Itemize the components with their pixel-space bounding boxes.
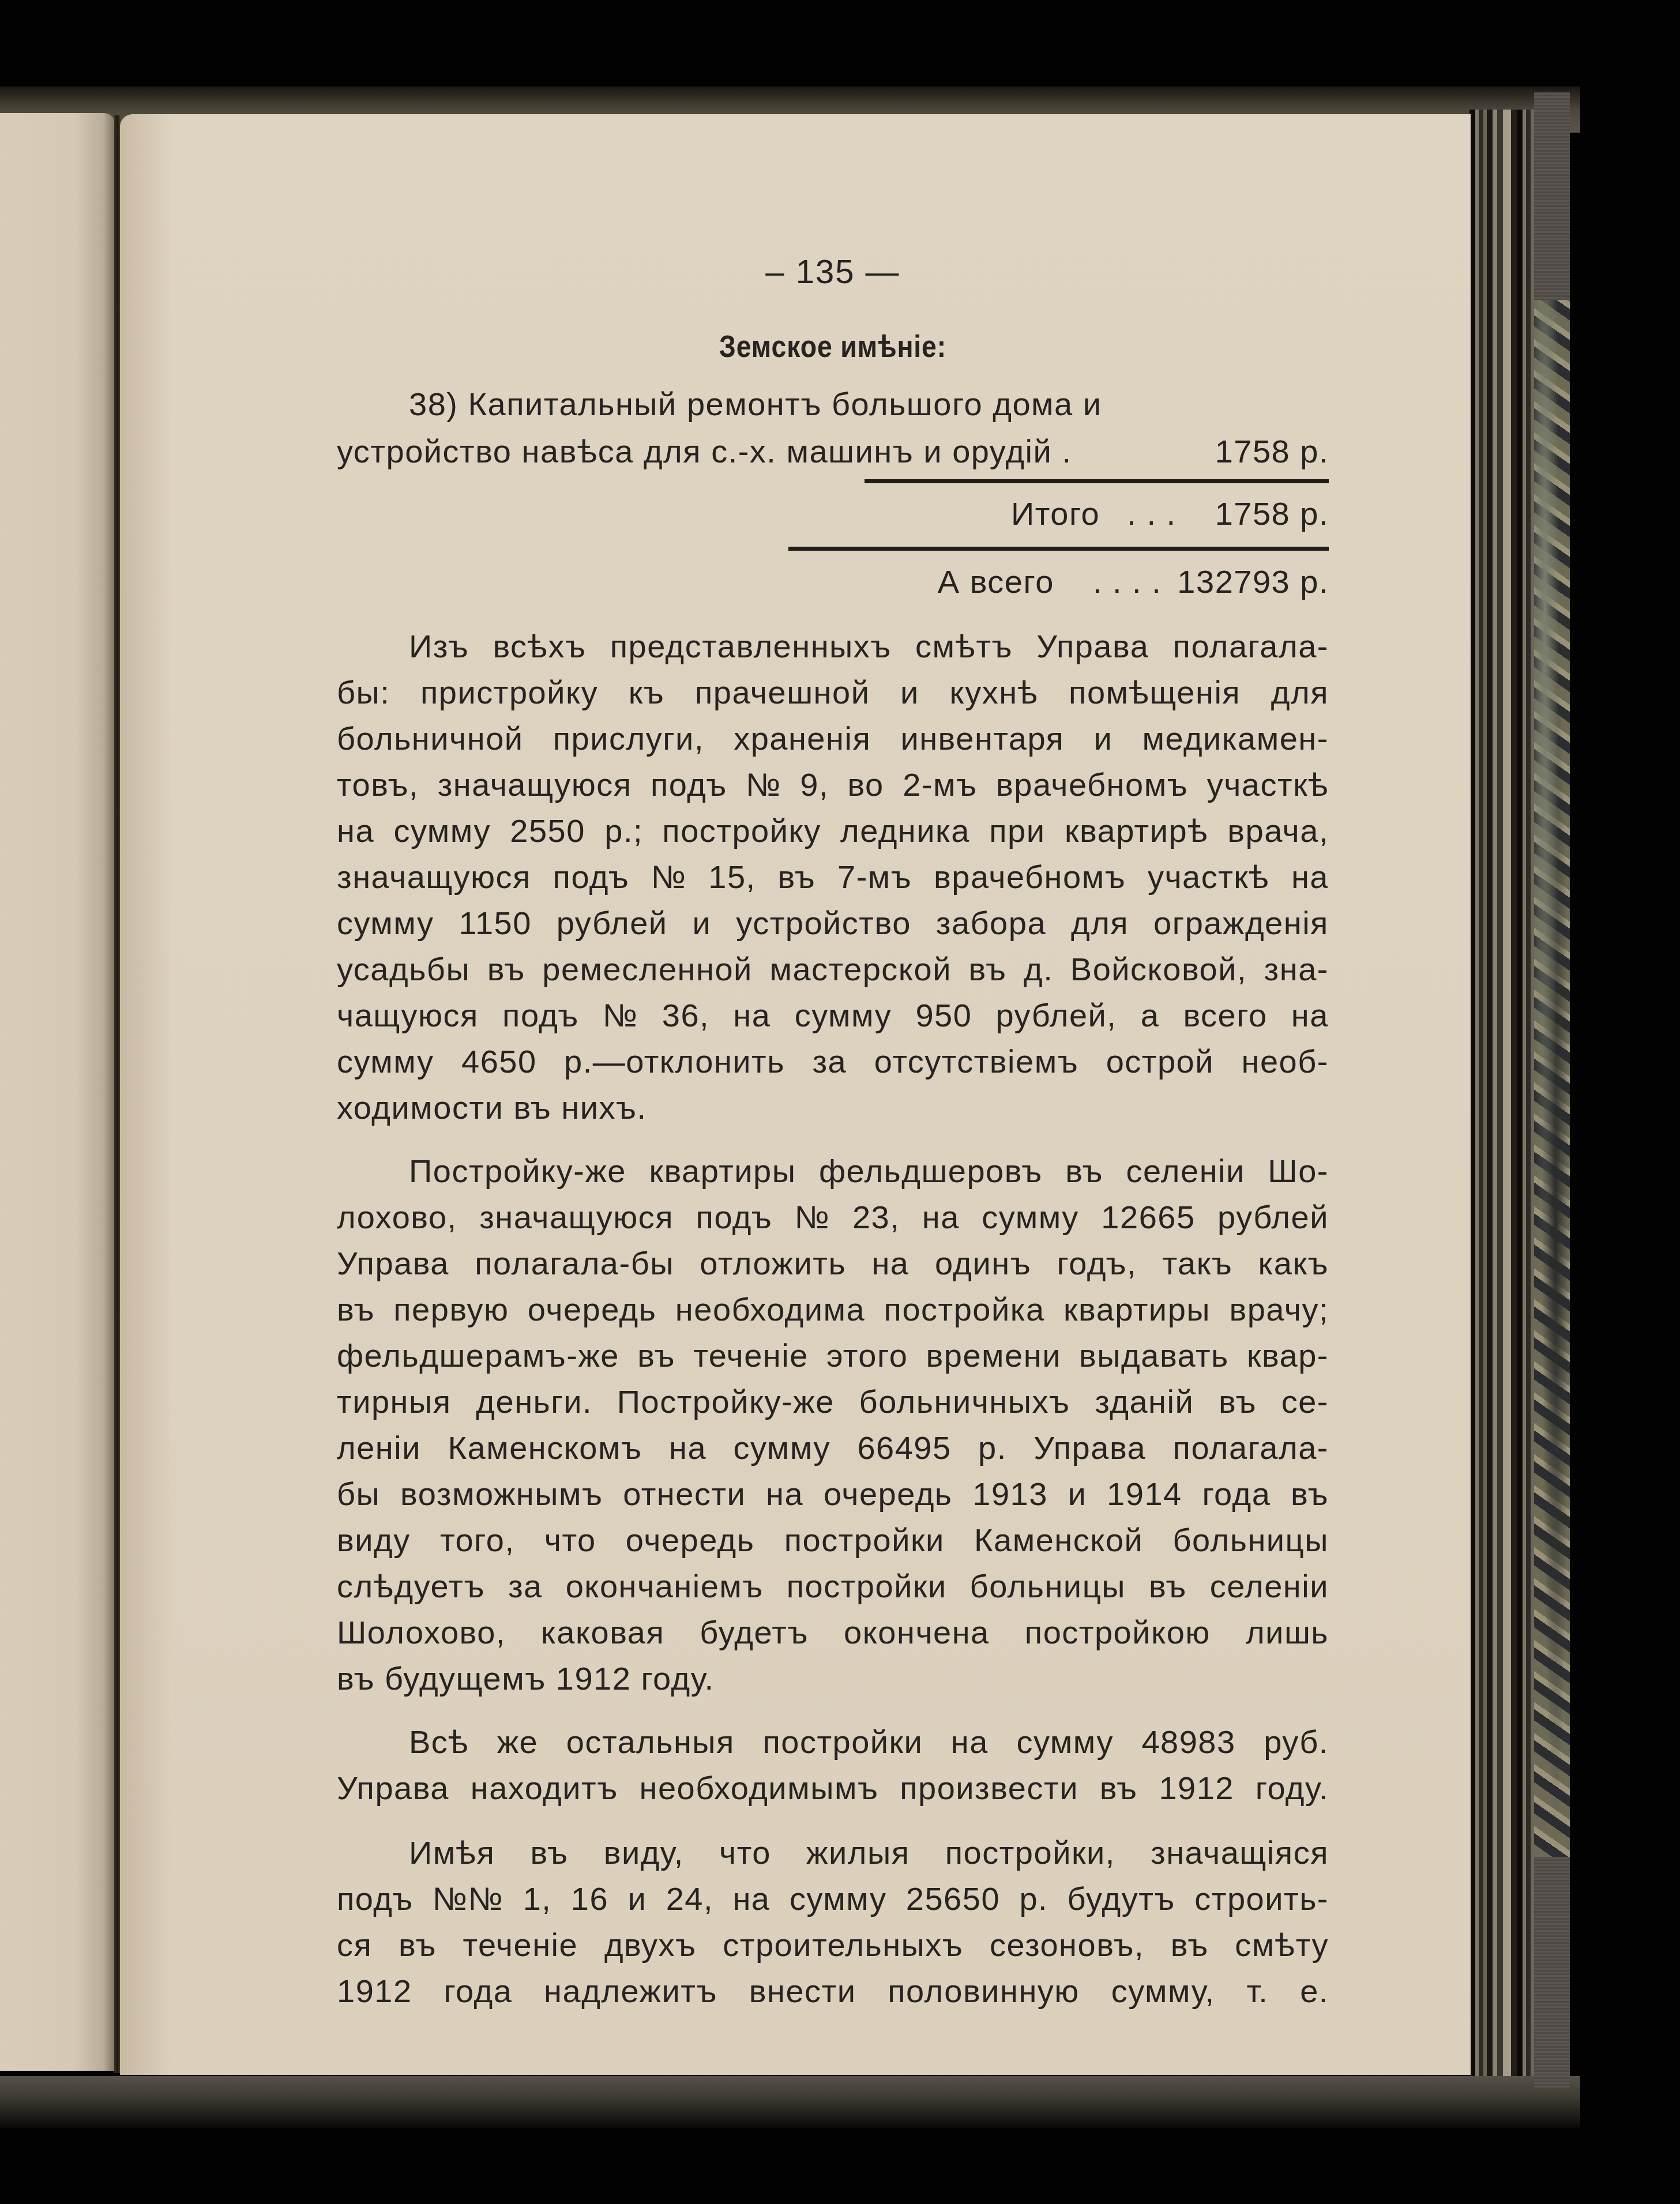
word: Управа [1036,627,1149,665]
word: сумму [795,996,892,1034]
word: и [1068,1475,1087,1513]
word: врачу; [1229,1291,1329,1328]
word: надлежитъ [544,1972,717,2010]
word: внести [749,1972,856,2010]
word: года [444,1972,512,2010]
paragraph-4-line: Имѣявъвиду,чтожилыяпостройки,значащіяся [337,1834,1329,1871]
word: и [1094,720,1113,757]
word: въ [777,858,815,896]
word: въ [1149,1567,1187,1605]
word: 16 [571,1880,608,1917]
word: въ [399,1926,437,1964]
item-38-line-2: устройство навѣса для с.-х. машинъ и ору… [337,432,1329,470]
word: 9, [800,766,829,803]
paragraph-1-line: насумму2550р.;постройкуледникаприквартир… [337,812,1329,849]
paragraph-2-line: лохово,значащуюсяподъ№23,насумму12665руб… [337,1198,1329,1236]
left-page [0,113,115,2071]
word: Изъ [409,627,469,665]
paragraph-1-line: чащуюсяподъ№36,насумму950рублей,авсегона [337,996,1329,1034]
word: въ [1219,1383,1257,1420]
word: жилыя [806,1834,910,1871]
word: ремесленной [542,950,753,988]
word: врача, [1227,812,1329,849]
word: деньги. [476,1383,592,1420]
word: подъ [651,766,727,803]
word: устройство [736,904,911,942]
word: зна- [1264,950,1329,988]
word: рублей [1217,1198,1329,1236]
word: 1913 [972,1475,1048,1513]
word: № [651,858,687,896]
grand-total-leader: . . . . [1093,563,1162,600]
word: фельдшеровъ [819,1152,1043,1190]
word: въ [337,1291,375,1328]
word: рублей [557,904,668,942]
word: 48983 [1141,1723,1235,1761]
word: постройки, [945,1834,1115,1871]
word: квар- [1247,1337,1329,1374]
word: году. [1256,1769,1329,1807]
word: возможнымъ [400,1475,603,1513]
word: 15, [708,858,756,896]
word: теченіе [463,1926,578,1964]
word: для [1271,674,1329,711]
word: и [693,904,712,942]
word: 12665 [1101,1198,1195,1236]
word: на [1291,858,1329,896]
word: Постройку-же [617,1383,835,1420]
word: Всѣ [409,1723,469,1761]
paragraph-1-line: значащуюсяподъ№15,въ7-мъврачебномъучастк… [337,858,1329,896]
word: фельдшерамъ-же [337,1337,619,1374]
word: сумму [982,1198,1079,1236]
word: и [900,674,919,711]
paragraph-4-line: подъ№№1,16и24,насумму25650р.будутъстроит… [337,1880,1329,1917]
word: смѣту [1235,1926,1329,1964]
word: въ [487,950,525,988]
word: въ [1171,1926,1209,1964]
word: каковая [541,1613,664,1651]
word: что [544,1521,596,1559]
word: того, [440,1521,515,1559]
word: т. [1246,1972,1268,2010]
word: на [337,812,374,849]
word: 23, [852,1198,900,1236]
paragraph-3-line: Всѣжеостальныяпостройкинасумму48983руб. [337,1723,1329,1761]
word: полагала- [1173,1429,1329,1466]
word: необходима [675,1291,865,1328]
word: № [746,766,781,803]
word: сумму [337,904,434,942]
paragraph-1-line: товъ,значащуюсяподъ№9,во2-мъврачебномъуч… [337,766,1329,803]
paragraph-4-line: сявътеченіедвухъстроительныхъсезоновъ,въ… [337,1926,1329,1964]
word: 2550 [510,812,585,849]
word: подъ [553,858,630,896]
word: мастерской [769,950,952,988]
word: 1912 [1159,1769,1234,1807]
word: больницы [970,1567,1126,1605]
word: селеніи [1126,1152,1245,1190]
right-page: – 135 — Земское имѣніе: 38) Капитальный … [120,114,1471,2075]
word: половинную [888,1972,1080,2010]
word: въ [531,1834,569,1871]
word: на [951,1723,989,1761]
word: въ [637,1337,675,1374]
word: подъ [696,1198,773,1236]
word: очередь [824,1475,953,1513]
paragraph-2-line: Управаполагала-быотложитьнаодинъгодъ,так… [337,1244,1329,1282]
word: бы: [337,674,390,711]
word: очередь [528,1291,657,1328]
word: теченіе [693,1337,809,1374]
word: квартирѣ [1065,812,1208,849]
paragraph-1-line: сумму4650р.—отклонитьзаотсутствіемъостро… [337,1043,1329,1080]
word: значащуюся [337,858,531,896]
word: на [766,1475,803,1513]
word: больницы [1173,1521,1329,1559]
paragraph-1-line: бы:пристройкукъпрачешнойикухнѣпомѣщеніяд… [337,674,1329,711]
word: значащіяся [1151,1834,1329,1871]
word: леніи [337,1429,421,1466]
word: сумму [1016,1723,1114,1761]
grand-total-label: А всего [938,563,1054,600]
word: 4650 [461,1043,537,1080]
word: д. [1024,950,1053,988]
subtotal-row: Итого . . . 1758 р. [1011,495,1329,532]
word: зданій [1095,1383,1194,1420]
word: 36, [662,996,709,1034]
word: 25650 [906,1880,1000,1917]
word: находитъ [471,1769,618,1807]
word: тирныя [337,1383,452,1420]
paragraph-2-line: слѣдуетъзаокончаніемъпостройкибольницывъ… [337,1567,1329,1605]
paragraph-2-line: бывозможнымъотнестинаочередь1913и1914год… [337,1475,1329,1513]
word: въ [1065,1152,1103,1190]
word: въ [969,950,1007,988]
word: за [508,1567,543,1605]
word: какъ [1258,1244,1329,1282]
section-title: Земское имѣніе: [406,329,1259,364]
word: въ [1100,1769,1138,1807]
word: сумму [733,1429,830,1466]
word: руб. [1264,1723,1329,1761]
paragraph-1-line: сумму1150рублейиустройствозаборадляограж… [337,904,1329,942]
word: кухнѣ [950,674,1039,711]
word: помѣщенія [1069,674,1241,711]
word: постройки [784,1521,945,1559]
word: 950 [915,996,972,1034]
word: и [627,1880,647,1917]
word: сумму [393,812,491,849]
word: къ [629,674,665,711]
word: постройки [762,1723,923,1761]
word: Каменской [974,1521,1143,1559]
word: окончаніемъ [566,1567,764,1605]
subtotal-amount: 1758 р. [1215,495,1329,532]
word: на [922,1198,960,1236]
word: будутъ [1068,1880,1175,1917]
word: инвентаря [900,720,1064,757]
word: года [1202,1475,1271,1513]
word: значащуюся [438,766,632,803]
word: врачебномъ [934,858,1126,896]
word: сумму [790,1880,887,1917]
word: необ- [1242,1043,1329,1080]
paragraph-1-line: больничнойприслуги,храненіяинвентаряимед… [337,720,1329,757]
word: будетъ [700,1613,809,1651]
page-fore-edges [1469,110,1534,2076]
paragraph-2-line: въпервуюочередьнеобходимапостройкакварти… [337,1291,1329,1328]
word: участкѣ [1148,858,1269,896]
word: постройка [884,1291,1045,1328]
word: сезоновъ, [990,1926,1144,1964]
word: Имѣя [409,1834,495,1871]
paragraph-4-line: 1912годанадлежитъвнестиполовиннуюсумму,т… [337,1972,1329,2010]
grand-total-amount: 132793 р. [1177,563,1329,600]
word: всего [1183,996,1268,1034]
word: представленныхъ [610,627,892,665]
paragraph-2-line: тирныяденьги.Постройку-жебольничныхъздан… [337,1383,1329,1420]
word: участкѣ [1207,766,1329,803]
word: выдавать [1079,1337,1229,1374]
word: № [795,1198,830,1236]
word: бы [337,1475,380,1513]
word: 1, [523,1880,552,1917]
paragraph-3-line: Управанаходитънеобходимымъпроизвестивъ19… [337,1769,1329,1807]
word: Управа [337,1769,449,1807]
book-cover-bottom-edge [0,2076,1580,2128]
word: квартиры [649,1152,796,1190]
word: больничной [337,720,524,757]
word: се- [1281,1383,1329,1420]
paragraph-2-line: Постройку-жеквартирыфельдшеровъвъселеніи… [337,1152,1329,1190]
word: № [603,996,638,1034]
item-38-text: 38) Капитальный ремонтъ большого дома и [409,385,1102,423]
word: сумму, [1111,1972,1215,2010]
word: полагала-бы [475,1244,674,1282]
word: Войсковой, [1070,950,1247,988]
word: селеніи [1210,1567,1329,1605]
word: р.; [604,812,643,849]
subtotal-rule [865,479,1329,483]
word: 2-мъ [903,766,977,803]
item-38-line-1: 38) Капитальный ремонтъ большого дома и [337,385,1329,423]
word: подъ [337,1880,414,1917]
word: храненія [734,720,871,757]
word: 66495 [857,1429,951,1466]
word: значащуюся [479,1198,674,1236]
word: 7-мъ [837,858,912,896]
word: слѣдуетъ [337,1567,485,1605]
word: виду [337,1521,411,1559]
paragraph-2-line: видутого,чтоочередьпостройкиКаменскойбол… [337,1521,1329,1559]
word: произвести [900,1769,1078,1807]
word: подъ [502,996,579,1034]
word: а [1141,996,1160,1034]
word: годъ, [1057,1244,1137,1282]
paragraph-2-line: леніиКаменскомънасумму66495р.Управаполаг… [337,1429,1329,1466]
paragraph-2-line: Шолохово,каковаябудетъоконченапостройкою… [337,1613,1329,1651]
word: строить- [1194,1880,1329,1917]
word: во [847,766,884,803]
word: отложить [700,1244,846,1282]
word: на [732,1880,770,1917]
word: двухъ [604,1926,697,1964]
word: отнести [623,1475,746,1513]
word: №№ [433,1880,503,1917]
word: квартиры [1063,1291,1211,1328]
word: прачешной [695,674,870,711]
word: въ [1291,1475,1329,1513]
word: полагала- [1173,627,1329,665]
word: сумму [337,1043,434,1080]
word: первую [393,1291,509,1328]
word: очередь [626,1521,755,1559]
paragraph-1-line: ходимости въ нихъ. [337,1089,1329,1126]
word: р. [1019,1880,1048,1917]
word: Управа [1033,1429,1146,1466]
item-38-amount: 1758 р. [1215,432,1329,470]
word: забора [936,904,1046,942]
paragraph-2-line: фельдшерамъ-жевътеченіеэтоговременивыдав… [337,1337,1329,1374]
word: е. [1300,1972,1329,2010]
word: окончена [844,1613,990,1651]
word: больничныхъ [859,1383,1070,1420]
word: смѣтъ [915,627,1013,665]
word: виду, [604,1834,684,1871]
word: товъ, [337,766,419,803]
word: пристройку [420,674,598,711]
word: отсутствіемъ [874,1043,1078,1080]
page-number: – 135 — [337,253,1329,291]
word: врачебномъ [996,766,1188,803]
word: 24, [666,1880,713,1917]
word: Каменскомъ [448,1429,642,1466]
word: рублей, [996,996,1117,1034]
word: постройку [662,812,821,849]
word: Шо- [1268,1152,1329,1190]
word: на [1291,996,1329,1034]
word: лохово, [337,1198,457,1236]
book-cover-marbled-board [1534,300,1570,1857]
word: усадьбы [337,950,470,988]
word: 1914 [1107,1475,1182,1513]
word: постройки [787,1567,947,1605]
word: необходимымъ [639,1769,878,1807]
word: за [812,1043,847,1080]
word: остальныя [566,1723,735,1761]
word: ся [337,1926,372,1964]
word: острой [1106,1043,1214,1080]
word: этого [826,1337,908,1374]
word: на [733,996,771,1034]
word: р.—отклонить [564,1043,785,1080]
word: Шолохово, [337,1613,506,1651]
word: времени [926,1337,1061,1374]
paragraph-2-line: въ будущемъ 1912 году. [337,1660,1329,1697]
word: Управа [337,1244,449,1282]
word: 1150 [458,904,531,942]
word: на [669,1429,706,1466]
word: 1912 [337,1972,412,2010]
word: одинъ [935,1244,1031,1282]
word: при [989,812,1045,849]
word: чащуюся [337,996,479,1034]
word: р. [978,1429,1007,1466]
word: всѣхъ [493,627,586,665]
paragraph-1-line: усадьбывъремесленноймастерскойвъд.Войско… [337,950,1329,988]
subtotal-label: Итого [1011,495,1100,532]
item-38-description: устройство навѣса для с.-х. машинъ и ору… [337,432,1072,470]
word: лишь [1246,1613,1329,1651]
word: огражденія [1153,904,1329,942]
grand-total-rule [788,547,1329,551]
paragraph-1-line: ИзъвсѣхъпредставленныхъсмѣтъУправаполага… [337,627,1329,665]
word: на [871,1244,909,1282]
word: такъ [1163,1244,1233,1282]
word: постройкою [1025,1613,1211,1651]
word: ледника [840,812,970,849]
grand-total-row: А всего . . . . 132793 р. [938,563,1329,600]
word: для [1071,904,1129,942]
word: Постройку-же [409,1152,626,1190]
word: строительныхъ [723,1926,963,1964]
word: что [719,1834,771,1871]
word: же [497,1723,539,1761]
word: прислуги, [553,720,704,757]
word: медикамен- [1142,720,1328,757]
subtotal-leader: . . . [1127,495,1176,532]
